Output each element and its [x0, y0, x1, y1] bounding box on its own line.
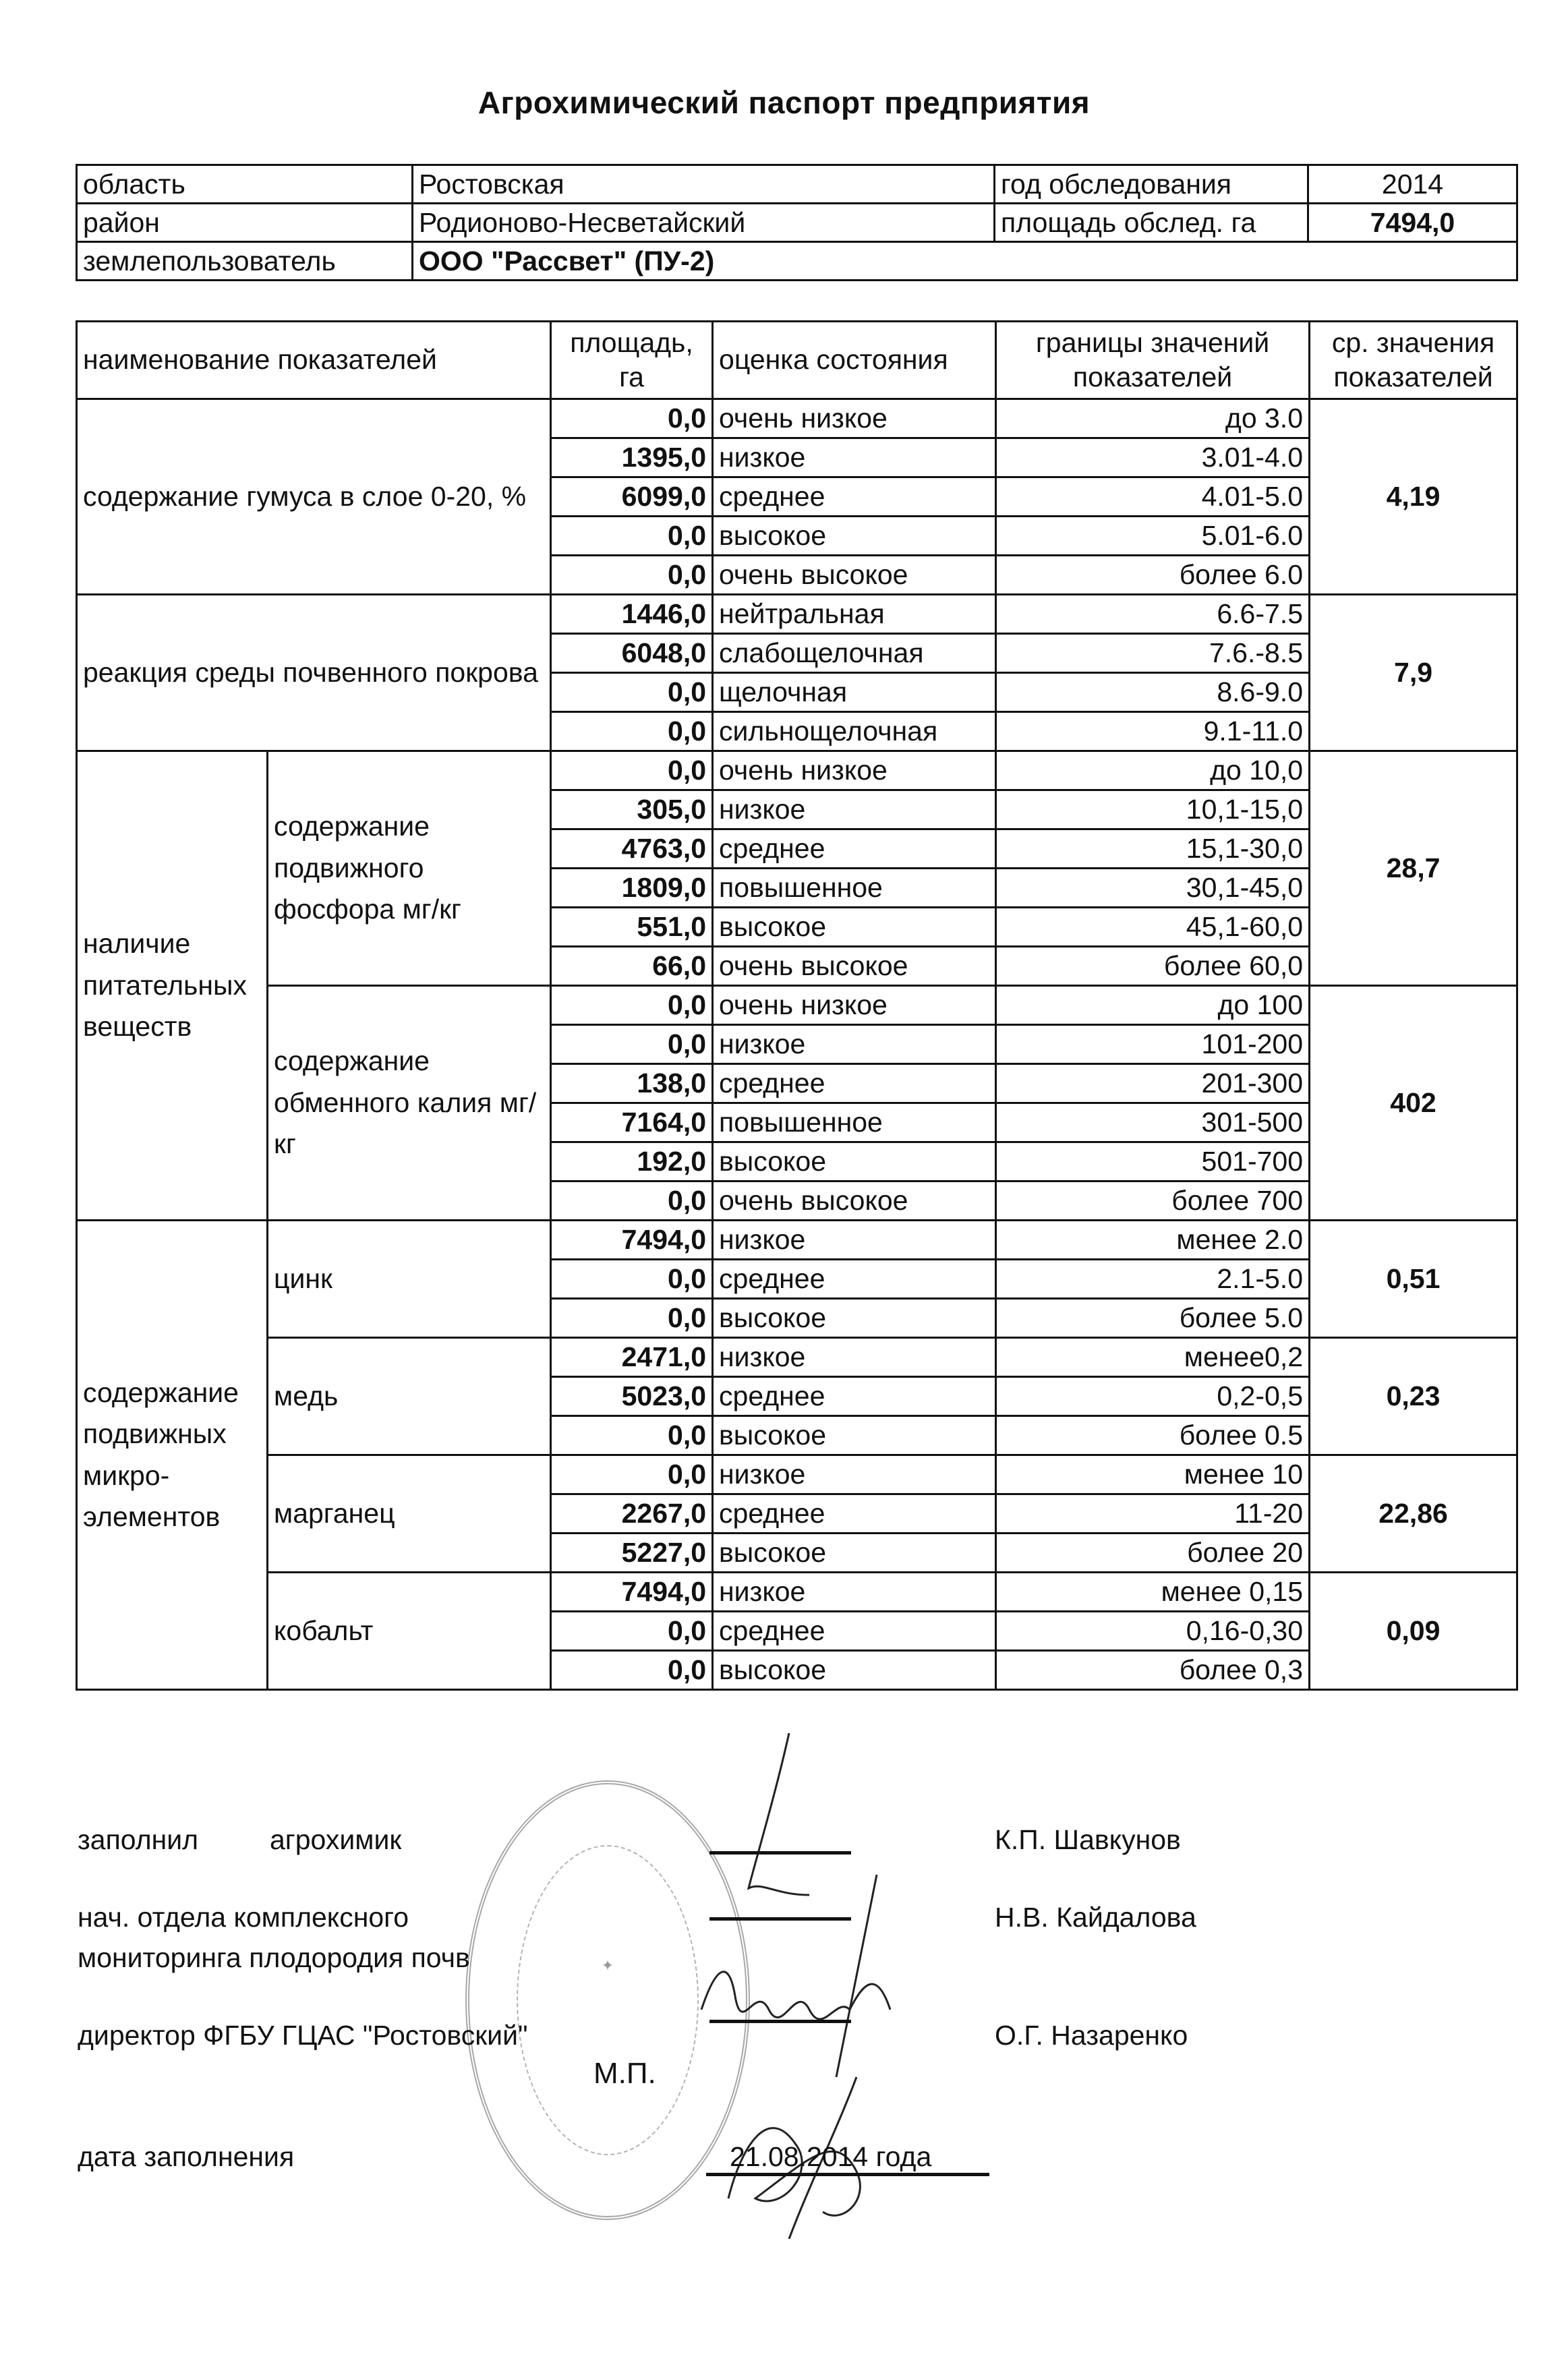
header-name: наименование показателей: [77, 322, 551, 399]
indicator-name: содержание гумуса в слое 0-20, %: [77, 399, 551, 595]
area-value: 7494,0: [1308, 204, 1517, 242]
table-row: марганец0,0низкоеменее 1022,86: [77, 1455, 1517, 1494]
bounds-cell: 0,2-0,5: [996, 1377, 1310, 1416]
indicator-group-name: наличие питательных веществ: [77, 751, 268, 1221]
assessment-cell: среднее: [713, 829, 996, 869]
table-row: содержание подвижных микро-элементовцинк…: [77, 1221, 1517, 1260]
bounds-cell: 9.1-11.0: [996, 712, 1310, 751]
assessment-cell: низкое: [713, 1573, 996, 1612]
area-cell: 1395,0: [551, 438, 713, 477]
average-value: 7,9: [1310, 595, 1517, 751]
area-cell: 2471,0: [551, 1338, 713, 1377]
bounds-cell: до 3.0: [996, 399, 1310, 438]
area-cell: 0,0: [551, 712, 713, 751]
district-value: Родионово-Несветайский: [413, 204, 995, 242]
assessment-cell: очень высокое: [713, 1181, 996, 1221]
area-cell: 0,0: [551, 1299, 713, 1338]
bounds-cell: менее0,2: [996, 1338, 1310, 1377]
bounds-cell: 11-20: [996, 1494, 1310, 1534]
assessment-cell: низкое: [713, 438, 996, 477]
average-value: 28,7: [1310, 751, 1517, 986]
assessment-cell: сильнощелочная: [713, 712, 996, 751]
bounds-cell: 4.01-5.0: [996, 477, 1310, 517]
assessment-cell: очень низкое: [713, 399, 996, 438]
assessment-cell: низкое: [713, 1025, 996, 1064]
date-label: дата заполнения: [78, 2141, 294, 2173]
assessment-cell: среднее: [713, 1494, 996, 1534]
table-row: содержание обменного калия мг/кг0,0очень…: [77, 986, 1517, 1025]
bounds-cell: более 20: [996, 1534, 1310, 1573]
assessment-cell: высокое: [713, 1651, 996, 1690]
document-title: Агрохимический паспорт предприятия: [0, 84, 1568, 121]
area-cell: 138,0: [551, 1064, 713, 1103]
date-value: 21.08.2014 года: [730, 2141, 931, 2173]
average-value: 0,09: [1310, 1573, 1517, 1690]
assessment-cell: низкое: [713, 1338, 996, 1377]
assessment-cell: высокое: [713, 1416, 996, 1455]
area-cell: 305,0: [551, 790, 713, 829]
assessment-cell: повышенное: [713, 1103, 996, 1142]
bounds-cell: 8.6-9.0: [996, 673, 1310, 712]
bounds-cell: 101-200: [996, 1025, 1310, 1064]
indicators-table: наименование показателей площадь, га оце…: [76, 320, 1518, 1691]
assessment-cell: очень низкое: [713, 986, 996, 1025]
bounds-cell: более 5.0: [996, 1299, 1310, 1338]
head-name: Н.В. Кайдалова: [995, 1902, 1196, 1933]
bounds-cell: менее 10: [996, 1455, 1310, 1494]
director-label: директор ФГБУ ГЦАС "Ростовский": [78, 2020, 528, 2051]
indicator-subgroup-name: марганец: [268, 1455, 551, 1573]
bounds-cell: менее 0,15: [996, 1573, 1310, 1612]
bounds-cell: до 10,0: [996, 751, 1310, 790]
area-cell: 1809,0: [551, 869, 713, 908]
area-cell: 5227,0: [551, 1534, 713, 1573]
assessment-cell: нейтральная: [713, 595, 996, 634]
filled-by-name: К.П. Шавкунов: [995, 1824, 1181, 1856]
filled-by-signature-line: [709, 1851, 851, 1855]
head-signature-line: [709, 1917, 851, 1921]
assessment-cell: щелочная: [713, 673, 996, 712]
stamp-place-label: М.П.: [593, 2057, 656, 2091]
bounds-cell: менее 2.0: [996, 1221, 1310, 1260]
bounds-cell: более 6.0: [996, 556, 1310, 595]
assessment-cell: среднее: [713, 477, 996, 517]
indicator-subgroup-name: цинк: [268, 1221, 551, 1338]
area-cell: 0,0: [551, 1025, 713, 1064]
area-cell: 7494,0: [551, 1221, 713, 1260]
area-cell: 66,0: [551, 947, 713, 986]
assessment-cell: высокое: [713, 1142, 996, 1181]
assessment-cell: среднее: [713, 1064, 996, 1103]
header-assessment: оценка состояния: [713, 322, 996, 399]
land-user-label: землепользователь: [77, 242, 413, 281]
assessment-cell: очень высокое: [713, 556, 996, 595]
area-cell: 551,0: [551, 908, 713, 947]
bounds-cell: более 60,0: [996, 947, 1310, 986]
region-value: Ростовская: [413, 165, 995, 204]
assessment-cell: низкое: [713, 1221, 996, 1260]
area-cell: 2267,0: [551, 1494, 713, 1534]
area-cell: 0,0: [551, 1651, 713, 1690]
table-header-row: наименование показателей площадь, га оце…: [77, 322, 1517, 399]
assessment-cell: очень высокое: [713, 947, 996, 986]
bounds-cell: 7.6.-8.5: [996, 634, 1310, 673]
district-label: район: [77, 204, 413, 242]
assessment-cell: среднее: [713, 1612, 996, 1651]
area-cell: 0,0: [551, 673, 713, 712]
bounds-cell: 501-700: [996, 1142, 1310, 1181]
area-cell: 0,0: [551, 1455, 713, 1494]
area-cell: 6099,0: [551, 477, 713, 517]
bounds-cell: 45,1-60,0: [996, 908, 1310, 947]
bounds-cell: 201-300: [996, 1064, 1310, 1103]
average-value: 22,86: [1310, 1455, 1517, 1573]
average-value: 402: [1310, 986, 1517, 1221]
area-cell: 192,0: [551, 1142, 713, 1181]
assessment-cell: низкое: [713, 790, 996, 829]
indicator-subgroup-name: медь: [268, 1338, 551, 1455]
assessment-cell: высокое: [713, 1299, 996, 1338]
area-cell: 7164,0: [551, 1103, 713, 1142]
head-label-line2: мониторинга плодородия почв: [78, 1942, 470, 1974]
area-cell: 5023,0: [551, 1377, 713, 1416]
bounds-cell: более 0.5: [996, 1416, 1310, 1455]
bounds-cell: 6.6-7.5: [996, 595, 1310, 634]
bounds-cell: 301-500: [996, 1103, 1310, 1142]
assessment-cell: слабощелочная: [713, 634, 996, 673]
director-signature-line: [709, 2020, 851, 2023]
indicator-subgroup-name: содержание обменного калия мг/кг: [268, 986, 551, 1221]
region-label: область: [77, 165, 413, 204]
head-label-line1: нач. отдела комплексного: [78, 1902, 409, 1933]
table-row: реакция среды почвенного покрова1446,0не…: [77, 595, 1517, 634]
filled-by-label: заполнил: [78, 1824, 198, 1856]
average-value: 0,23: [1310, 1338, 1517, 1455]
table-row: кобальт7494,0низкоеменее 0,150,09: [77, 1573, 1517, 1612]
bounds-cell: до 100: [996, 986, 1310, 1025]
filled-by-role: агрохимик: [270, 1824, 401, 1856]
table-row: медь2471,0низкоеменее0,20,23: [77, 1338, 1517, 1377]
area-label: площадь обслед. га: [995, 204, 1308, 242]
bounds-cell: 15,1-30,0: [996, 829, 1310, 869]
area-cell: 0,0: [551, 751, 713, 790]
area-cell: 1446,0: [551, 595, 713, 634]
year-value: 2014: [1308, 165, 1517, 204]
table-row: наличие питательных веществсодержание по…: [77, 751, 1517, 790]
bounds-cell: более 700: [996, 1181, 1310, 1221]
header-bounds: границы значений показателей: [996, 322, 1310, 399]
indicator-subgroup-name: содержание подвижного фосфора мг/кг: [268, 751, 551, 986]
bounds-cell: 3.01-4.0: [996, 438, 1310, 477]
bounds-cell: 10,1-15,0: [996, 790, 1310, 829]
area-cell: 0,0: [551, 1181, 713, 1221]
area-cell: 0,0: [551, 1260, 713, 1299]
indicator-name: реакция среды почвенного покрова: [77, 595, 551, 751]
director-name: О.Г. Назаренко: [995, 2020, 1188, 2051]
bounds-cell: более 0,3: [996, 1651, 1310, 1690]
assessment-cell: среднее: [713, 1260, 996, 1299]
assessment-cell: низкое: [713, 1455, 996, 1494]
year-label: год обследования: [995, 165, 1308, 204]
info-table: область Ростовская год обследования 2014…: [76, 164, 1518, 281]
bounds-cell: 2.1-5.0: [996, 1260, 1310, 1299]
land-user-value: ООО "Рассвет" (ПУ-2): [413, 242, 1517, 281]
indicator-group-name: содержание подвижных микро-элементов: [77, 1221, 268, 1690]
bounds-cell: 5.01-6.0: [996, 517, 1310, 556]
table-row: содержание гумуса в слое 0-20, %0,0очень…: [77, 399, 1517, 438]
area-cell: 0,0: [551, 1416, 713, 1455]
area-cell: 4763,0: [551, 829, 713, 869]
assessment-cell: высокое: [713, 517, 996, 556]
average-value: 4,19: [1310, 399, 1517, 595]
area-cell: 6048,0: [551, 634, 713, 673]
bounds-cell: 30,1-45,0: [996, 869, 1310, 908]
header-average: ср. значения показателей: [1310, 322, 1517, 399]
average-value: 0,51: [1310, 1221, 1517, 1338]
area-cell: 0,0: [551, 1612, 713, 1651]
assessment-cell: высокое: [713, 1534, 996, 1573]
area-cell: 0,0: [551, 399, 713, 438]
area-cell: 0,0: [551, 986, 713, 1025]
seal-inner-ring: [517, 1845, 699, 2155]
date-underline: [706, 2173, 989, 2176]
assessment-cell: среднее: [713, 1377, 996, 1416]
header-area: площадь, га: [551, 322, 713, 399]
area-cell: 0,0: [551, 556, 713, 595]
assessment-cell: очень низкое: [713, 751, 996, 790]
assessment-cell: высокое: [713, 908, 996, 947]
indicator-subgroup-name: кобальт: [268, 1573, 551, 1690]
assessment-cell: повышенное: [713, 869, 996, 908]
area-cell: 0,0: [551, 517, 713, 556]
area-cell: 7494,0: [551, 1573, 713, 1612]
bounds-cell: 0,16-0,30: [996, 1612, 1310, 1651]
